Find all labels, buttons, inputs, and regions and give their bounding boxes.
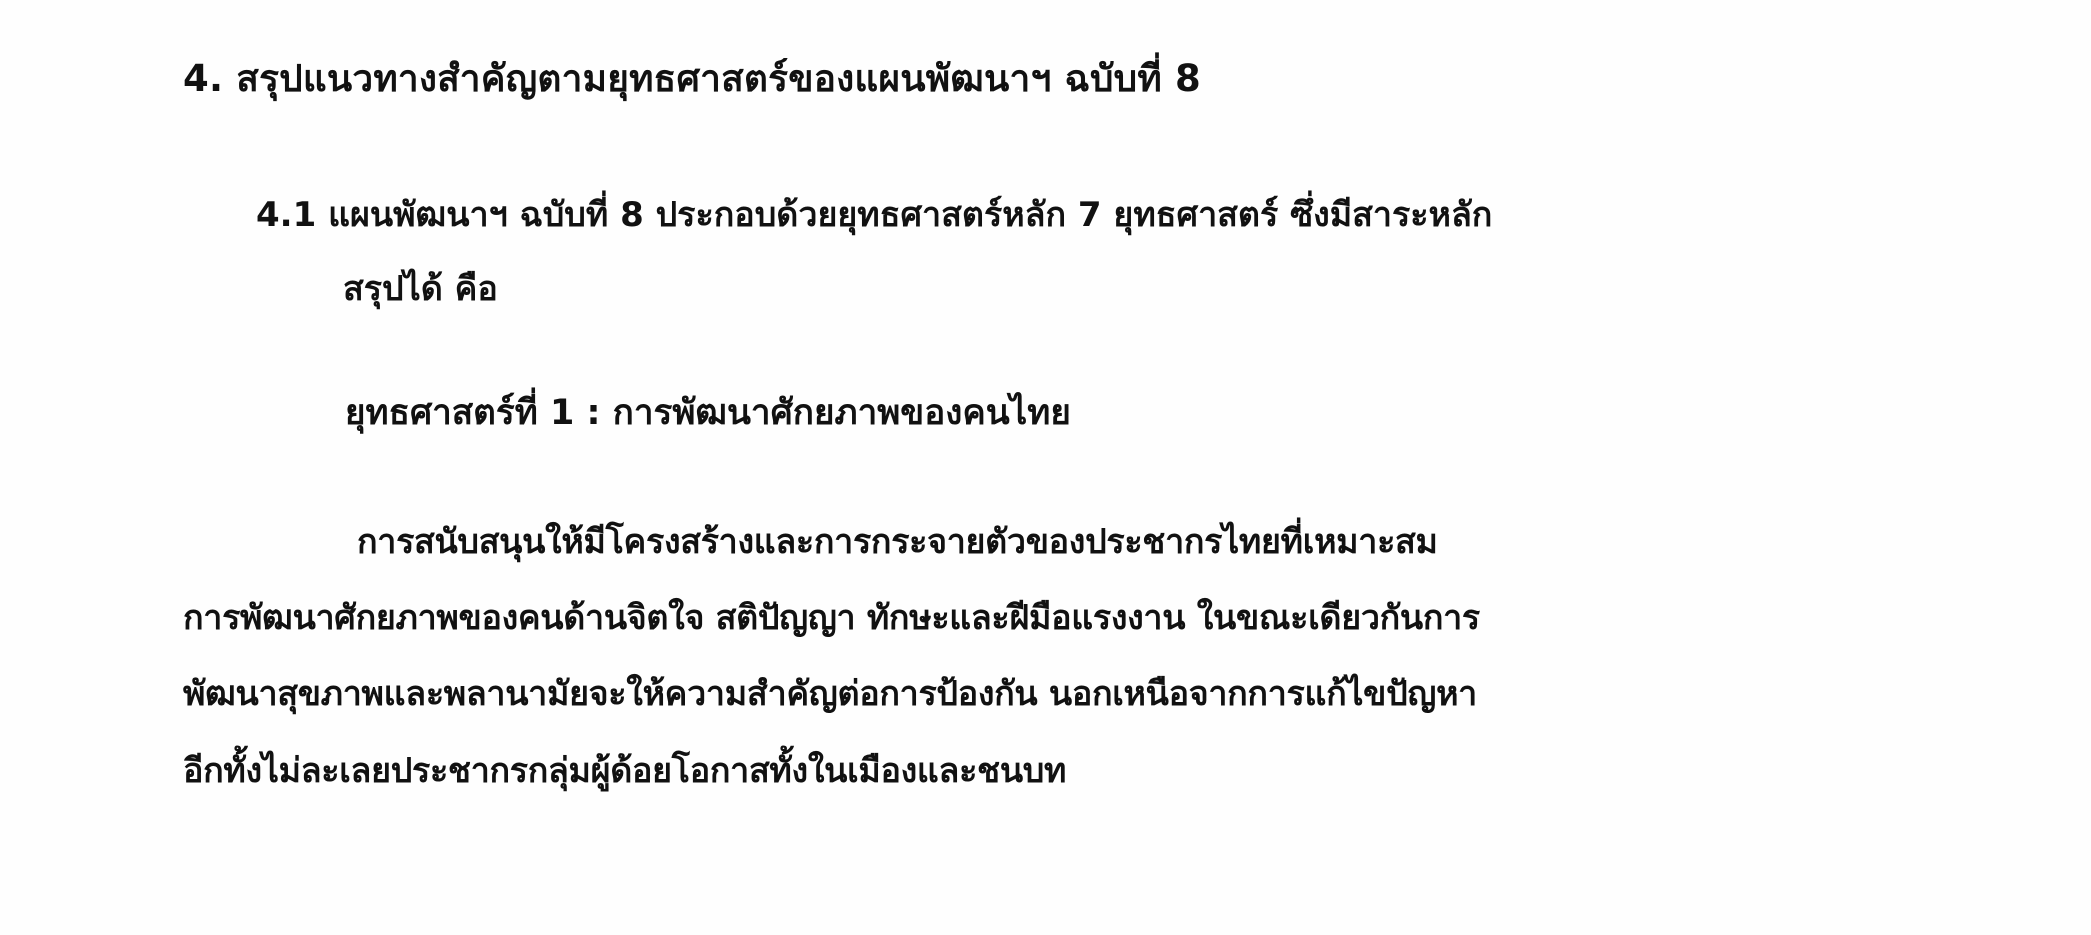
paragraph-line-3: พัฒนาสุขภาพและพลานามัยจะให้ความสำคัญต่อก…	[183, 677, 1477, 711]
subsection-heading-line-1: 4.1 แผนพัฒนาฯ ฉบับที่ 8 ประกอบด้วยยุทธศา…	[256, 198, 1492, 232]
section-heading: 4. สรุปแนวทางสำคัญตามยุทธศาสตร์ของแผนพัฒ…	[183, 60, 1201, 97]
paragraph-line-1: การสนับสนุนให้มีโครงสร้างและการกระจายตัว…	[357, 525, 1438, 559]
paragraph-line-4: อีกทั้งไม่ละเลยประชากรกลุ่มผู้ด้อยโอกาสท…	[183, 754, 1066, 788]
paragraph-line-2: การพัฒนาศักยภาพของคนด้านจิตใจ สติปัญญา ท…	[183, 601, 1480, 635]
subsection-heading-line-2: สรุปได้ คือ	[343, 272, 498, 306]
scanned-document-page: 4. สรุปแนวทางสำคัญตามยุทธศาสตร์ของแผนพัฒ…	[0, 0, 2091, 935]
strategy-heading: ยุทธศาสตร์ที่ 1 : การพัฒนาศักยภาพของคนไท…	[345, 396, 1071, 431]
